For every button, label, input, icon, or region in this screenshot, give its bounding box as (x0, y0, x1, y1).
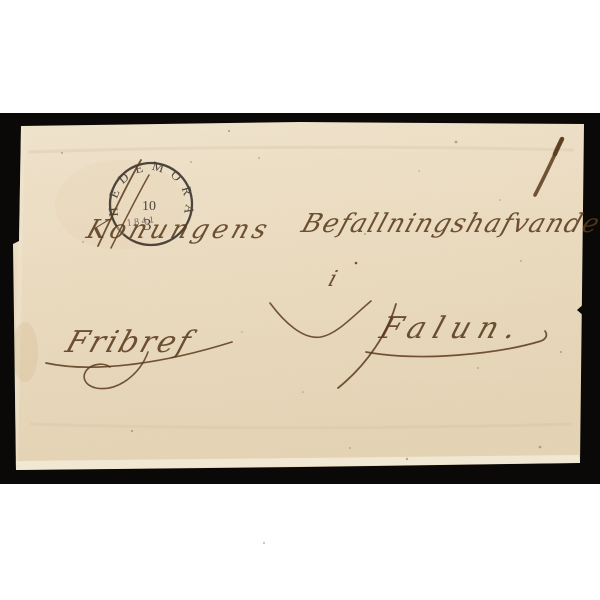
dust-speck (263, 542, 265, 544)
address-word-befallningshafvande: Befallningshafvande (297, 209, 600, 239)
address-word-falun: Falun. (374, 311, 529, 346)
cover-photo-svg: HEDEMORA 10 1841 3 1 Konungens Befallnin… (0, 0, 600, 600)
ink-fleck (355, 262, 358, 265)
endorsement-fribref: Fribref (60, 325, 199, 360)
address-word-konungens: Konungens (82, 215, 275, 245)
product-photo-page: HEDEMORA 10 1841 3 1 Konungens Befallnin… (0, 0, 600, 600)
postmark-day: 10 (142, 199, 156, 214)
stain-left (12, 322, 38, 382)
envelope: HEDEMORA 10 1841 3 1 Konungens Befallnin… (0, 110, 600, 490)
paper-texture (0, 110, 600, 490)
